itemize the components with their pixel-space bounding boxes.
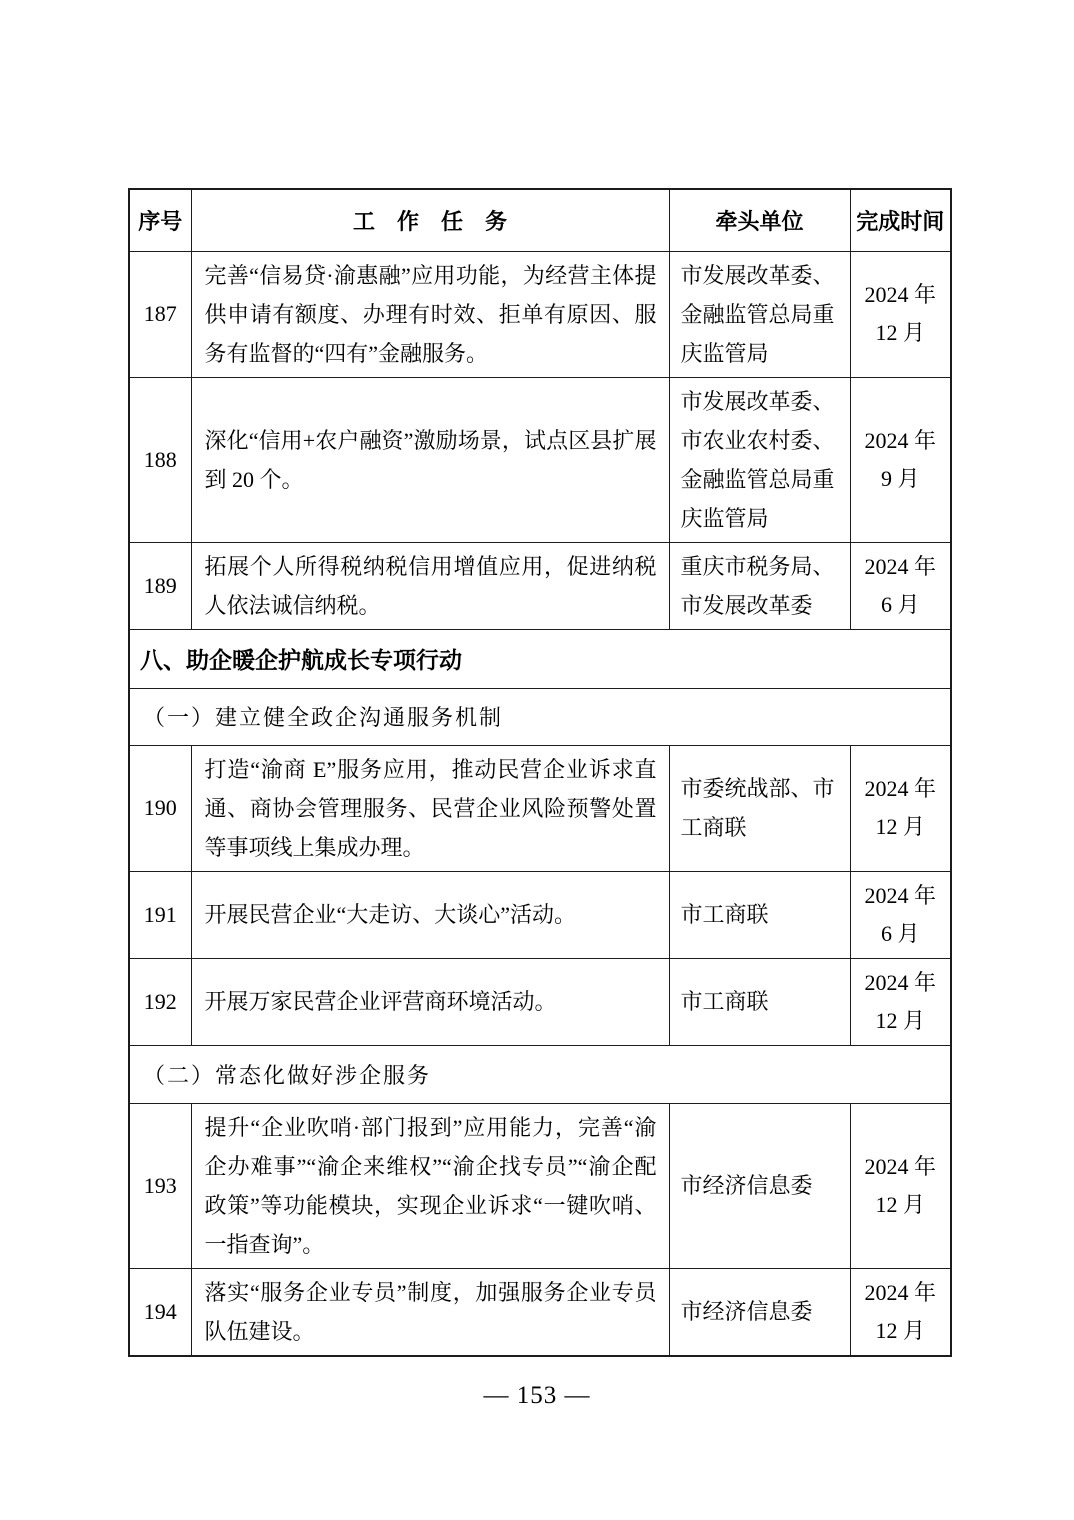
completion-year: 2024 年: [853, 1274, 949, 1312]
task-text: 开展民营企业“大走访、大谈心”活动。: [191, 871, 669, 958]
task-text: 打造“渝商 E”服务应用，推动民营企业诉求直通、商协会管理服务、民营企业风险预警…: [191, 745, 669, 871]
completion-month: 6 月: [853, 915, 949, 953]
completion-time-cell: 2024 年 12 月: [850, 745, 951, 871]
task-text: 拓展个人所得税纳税信用增值应用，促进纳税人依法诚信纳税。: [191, 542, 669, 629]
serial-number: 187: [129, 251, 191, 377]
header-lead-unit: 牵头单位: [669, 189, 850, 251]
table-row-191: 191 开展民营企业“大走访、大谈心”活动。 市工商联 2024 年 6 月: [129, 871, 951, 958]
subsection-row-2: （二）常态化做好涉企服务: [129, 1045, 951, 1103]
serial-number: 192: [129, 958, 191, 1045]
completion-year: 2024 年: [853, 1148, 949, 1186]
lead-unit: 市工商联: [669, 871, 850, 958]
completion-time-cell: 2024 年 6 月: [850, 542, 951, 629]
document-page: 序号 工 作 任 务 牵头单位 完成时间 187 完善“信易贷·渝惠融”应用功能…: [0, 0, 1074, 1520]
serial-number: 193: [129, 1103, 191, 1268]
serial-number: 191: [129, 871, 191, 958]
completion-month: 9 月: [853, 460, 949, 498]
completion-time-cell: 2024 年 12 月: [850, 1103, 951, 1268]
header-serial-number: 序号: [129, 189, 191, 251]
serial-number: 188: [129, 377, 191, 542]
lead-unit: 市工商联: [669, 958, 850, 1045]
completion-time-cell: 2024 年 6 月: [850, 871, 951, 958]
task-text: 深化“信用+农户融资”激励场景，试点区县扩展到 20 个。: [191, 377, 669, 542]
table-row-189: 189 拓展个人所得税纳税信用增值应用，促进纳税人依法诚信纳税。 重庆市税务局、…: [129, 542, 951, 629]
table-row-190: 190 打造“渝商 E”服务应用，推动民营企业诉求直通、商协会管理服务、民营企业…: [129, 745, 951, 871]
subsection-row-1: （一）建立健全政企沟通服务机制: [129, 688, 951, 745]
table-row-193: 193 提升“企业吹哨·部门报到”应用能力，完善“渝企办难事”“渝企来维权”“渝…: [129, 1103, 951, 1268]
serial-number: 194: [129, 1268, 191, 1356]
task-text: 落实“服务企业专员”制度，加强服务企业专员队伍建设。: [191, 1268, 669, 1356]
task-text: 完善“信易贷·渝惠融”应用功能，为经营主体提供申请有额度、办理有时效、拒单有原因…: [191, 251, 669, 377]
completion-month: 12 月: [853, 1186, 949, 1224]
lead-unit: 市经济信息委: [669, 1103, 850, 1268]
table-row-187: 187 完善“信易贷·渝惠融”应用功能，为经营主体提供申请有额度、办理有时效、拒…: [129, 251, 951, 377]
task-text: 开展万家民营企业评营商环境活动。: [191, 958, 669, 1045]
lead-unit: 市发展改革委、金融监管总局重庆监管局: [669, 251, 850, 377]
completion-month: 6 月: [853, 586, 949, 624]
completion-time-cell: 2024 年 12 月: [850, 958, 951, 1045]
serial-number: 190: [129, 745, 191, 871]
completion-year: 2024 年: [853, 770, 949, 808]
completion-year: 2024 年: [853, 877, 949, 915]
section-row-8: 八、助企暖企护航成长专项行动: [129, 629, 951, 688]
subsection-title: （二）常态化做好涉企服务: [129, 1045, 951, 1103]
completion-year: 2024 年: [853, 276, 949, 314]
serial-number: 189: [129, 542, 191, 629]
completion-year: 2024 年: [853, 964, 949, 1002]
table-row-194: 194 落实“服务企业专员”制度，加强服务企业专员队伍建设。 市经济信息委 20…: [129, 1268, 951, 1356]
completion-time-cell: 2024 年 9 月: [850, 377, 951, 542]
completion-time-cell: 2024 年 12 月: [850, 1268, 951, 1356]
work-task-table: 序号 工 作 任 务 牵头单位 完成时间 187 完善“信易贷·渝惠融”应用功能…: [128, 188, 952, 1357]
completion-year: 2024 年: [853, 548, 949, 586]
task-text: 提升“企业吹哨·部门报到”应用能力，完善“渝企办难事”“渝企来维权”“渝企找专员…: [191, 1103, 669, 1268]
completion-year: 2024 年: [853, 422, 949, 460]
table-row-192: 192 开展万家民营企业评营商环境活动。 市工商联 2024 年 12 月: [129, 958, 951, 1045]
section-title: 八、助企暖企护航成长专项行动: [129, 629, 951, 688]
lead-unit: 市发展改革委、市农业农村委、金融监管总局重庆监管局: [669, 377, 850, 542]
lead-unit: 重庆市税务局、市发展改革委: [669, 542, 850, 629]
completion-month: 12 月: [853, 1002, 949, 1040]
header-completion-time: 完成时间: [850, 189, 951, 251]
subsection-title: （一）建立健全政企沟通服务机制: [129, 688, 951, 745]
completion-month: 12 月: [853, 314, 949, 352]
lead-unit: 市经济信息委: [669, 1268, 850, 1356]
table-header-row: 序号 工 作 任 务 牵头单位 完成时间: [129, 189, 951, 251]
page-number: — 153 —: [0, 1382, 1074, 1410]
header-work-task: 工 作 任 务: [191, 189, 669, 251]
completion-month: 12 月: [853, 1312, 949, 1350]
completion-time-cell: 2024 年 12 月: [850, 251, 951, 377]
lead-unit: 市委统战部、市工商联: [669, 745, 850, 871]
completion-month: 12 月: [853, 808, 949, 846]
table-row-188: 188 深化“信用+农户融资”激励场景，试点区县扩展到 20 个。 市发展改革委…: [129, 377, 951, 542]
